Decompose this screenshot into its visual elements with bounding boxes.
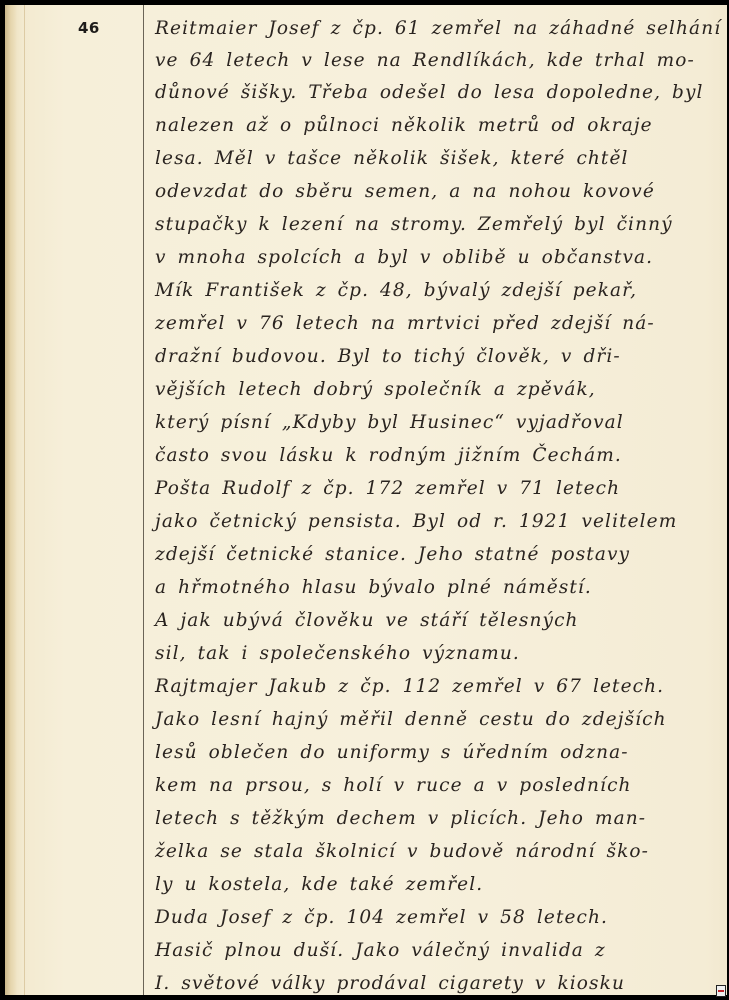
page-number: 46 <box>78 19 100 37</box>
text-line: A jak ubývá člověku ve stáří tělesných <box>155 610 579 631</box>
text-line: želka se stala školnicí v budově národní… <box>155 841 649 862</box>
text-line: který písní „Kdyby byl Husinec“ vyjadřov… <box>155 412 624 433</box>
page-binding-edge <box>5 5 17 995</box>
text-line: I. světové války prodával cigarety v kio… <box>155 973 625 994</box>
text-line: jako četnický pensista. Byl od r. 1921 v… <box>155 511 677 532</box>
text-line: Jako lesní hajný měřil denně cestu do zd… <box>155 709 667 730</box>
document-page: 46 Reitmaier Josef z čp. 61 zemřel na zá… <box>5 5 727 995</box>
text-line: důnové šišky. Třeba odešel do lesa dopol… <box>155 82 704 103</box>
text-line: ly u kostela, kde také zemřel. <box>155 874 483 895</box>
text-line: sil, tak i společenského významu. <box>155 643 520 664</box>
text-line: dražní budovou. Byl to tichý člověk, v d… <box>155 346 621 367</box>
binding-rule <box>24 5 25 995</box>
text-line: letech s těžkým dechem v plicích. Jeho m… <box>155 808 646 829</box>
text-line: Mík František z čp. 48, bývalý zdejší pe… <box>155 280 637 301</box>
text-line: lesa. Měl v tašce několik šišek, které c… <box>155 148 629 169</box>
text-line: Pošta Rudolf z čp. 172 zemřel v 71 letec… <box>155 478 620 499</box>
text-line: kem na prsou, s holí v ruce a v poslední… <box>155 775 632 796</box>
text-line: zemřel v 76 letech na mrtvici před zdejš… <box>155 313 655 334</box>
text-line: zdejší četnické stanice. Jeho statné pos… <box>155 544 630 565</box>
text-line: ve 64 letech v lese na Rendlíkách, kde t… <box>155 50 695 71</box>
text-line: Hasič plnou duší. Jako válečný invalida … <box>155 940 606 961</box>
text-line: nalezen až o půlnoci několik metrů od ok… <box>155 115 653 136</box>
text-line: lesů oblečen do uniformy s úředním odzna… <box>155 742 629 763</box>
margin-rule <box>143 5 144 995</box>
text-line: Reitmaier Josef z čp. 61 zemřel na záhad… <box>155 18 727 39</box>
text-line: stupačky k lezení na stromy. Zemřelý byl… <box>155 214 673 235</box>
text-line: a hřmotného hlasu bývalo plné náměstí. <box>155 577 592 598</box>
text-line: odevzdat do sběru semen, a na nohou kovo… <box>155 181 655 202</box>
text-line: v mnoha spolcích a byl v oblibě u občans… <box>155 247 653 268</box>
text-line: vějších letech dobrý společník a zpěvák, <box>155 379 596 400</box>
minimize-icon[interactable] <box>716 985 726 997</box>
text-line: Duda Josef z čp. 104 zemřel v 58 letech. <box>155 907 608 928</box>
text-line: Rajtmajer Jakub z čp. 112 zemřel v 67 le… <box>155 676 664 697</box>
text-line: často svou lásku k rodným jižním Čechám. <box>155 445 622 466</box>
